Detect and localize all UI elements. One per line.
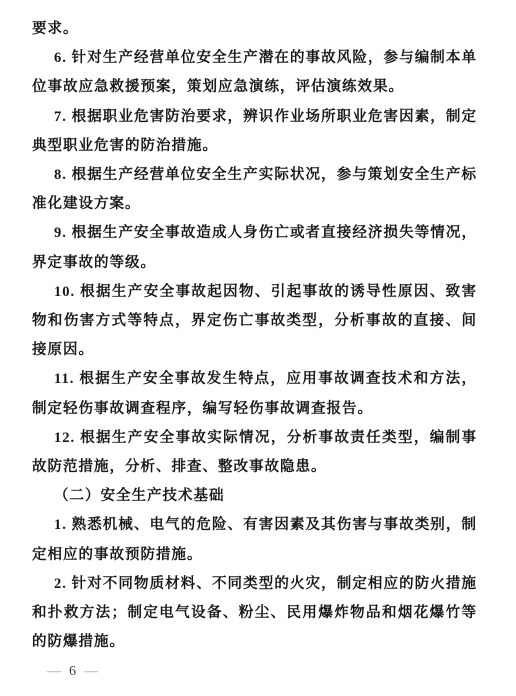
paragraph-item-9: 9. 根据生产安全事故造成人身伤亡或者直接经济损失等情况，界定事故的等级。 [32,219,477,277]
paragraph-item-8: 8. 根据生产经营单位安全生产实际状况，参与策划安全生产标准化建设方案。 [32,161,477,219]
paragraph-item-12: 12. 根据生产安全事故实际情况，分析事故责任类型，编制事故防范措施，分析、排查… [32,424,477,482]
paragraph-item-6: 6. 针对生产经营单位安全生产潜在的事故风险，参与编制本单位事故应急救援预案，策… [32,44,477,102]
paragraph-item-11: 11. 根据生产安全事故发生特点，应用事故调查技术和方法，制定轻伤事故调查程序，… [32,365,477,423]
footer-dash-left: — [47,663,61,681]
paragraph-continuation: 要求。 [32,15,477,44]
paragraph-item-1: 1. 熟悉机械、电气的危险、有害因素及其伤害与事故类别，制定相应的事故预防措施。 [32,511,477,569]
page-footer: — 6 — [47,663,98,681]
document-body: 要求。 6. 针对生产经营单位安全生产潜在的事故风险，参与编制本单位事故应急救援… [32,15,477,657]
page-number: 6 [69,663,76,681]
footer-dash-right: — [84,663,98,681]
section-heading: （二）安全生产技术基础 [32,482,477,511]
paragraph-item-10: 10. 根据生产安全事故起因物、引起事故的诱导性原因、致害物和伤害方式等特点，界… [32,278,477,366]
document-page: 要求。 6. 针对生产经营单位安全生产潜在的事故风险，参与编制本单位事故应急救援… [0,0,516,696]
paragraph-item-7: 7. 根据职业危害防治要求，辨识作业场所职业危害因素，制定典型职业危害的防治措施… [32,103,477,161]
paragraph-item-2: 2. 针对不同物质材料、不同类型的火灾，制定相应的防火措施和扑救方法；制定电气设… [32,570,477,658]
